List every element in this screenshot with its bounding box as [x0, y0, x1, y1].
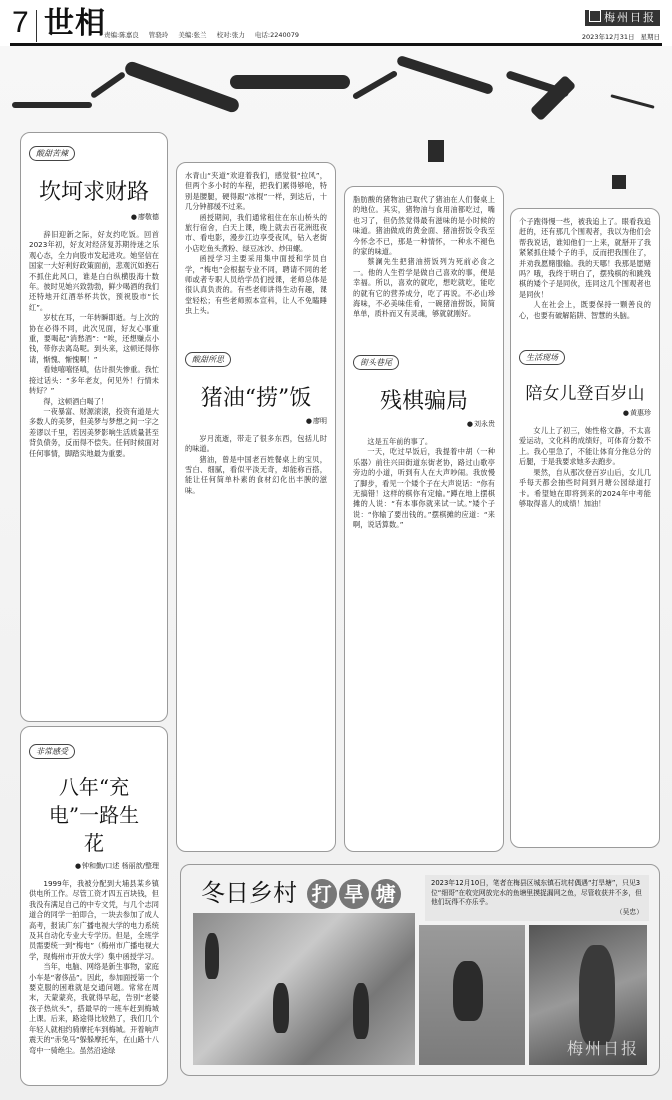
newspaper-logo: 梅州日报 — [585, 10, 660, 26]
window-square-icon — [612, 175, 626, 189]
child-figure-icon — [453, 961, 483, 1021]
article-body: 1999年，我被分配到大埔县某乡镇供电所工作。尽管工资才四五百块钱，但我没有满足… — [29, 879, 159, 1056]
article-continued: 个子跑得慢一些，被我追上了。眼看我追赶的，还有那几个围观者，我以为他们会帮我说话… — [519, 217, 651, 321]
credit-designer: 美编:张兰 — [178, 31, 206, 39]
article-byline: 钟和勤/口述 杨丽歆/整理 — [29, 861, 159, 871]
article-body: 女儿上了初三，她性格文静，不太喜爱运动，文化科的成绩好，可体育分数不上。我心里急… — [519, 426, 651, 509]
window-square-icon — [428, 140, 444, 162]
photo-feature-title: 冬日乡村 打旱塘 — [201, 873, 401, 909]
roof-stroke-icon — [12, 102, 92, 108]
article-body: 岁月流逝，带走了很多东西，包括儿时的味道。 猪油，曾是中国老百姓餐桌上的宝贝，雪… — [185, 434, 327, 496]
page-header: 7 世相 责编:陈嘉良 管骁玲 美编:张兰 校对:张力 电话:2240079 梅… — [0, 0, 672, 46]
article-continued: 水青山“夹道”欢迎着我们，感觉很“拉风”，但两个多小时的车程，把我们累得够呛，特… — [185, 171, 327, 317]
article-baisuishan: 生活现场 陪女儿登百岁山 黄惠珍 女儿上了初三，她性格文静，不太喜爱运动，文化科… — [519, 345, 651, 509]
issue-date: 2023年12月31日星期日 — [576, 32, 660, 41]
header-divider — [36, 10, 37, 42]
column-tag: 酸甜所思 — [185, 352, 231, 367]
title-circle: 打 — [307, 879, 337, 909]
column-tag: 酸甜苦辣 — [29, 146, 75, 161]
article-byline: 廖明 — [185, 416, 327, 426]
photo-child-mud — [419, 925, 525, 1065]
child-figure-icon — [353, 983, 369, 1039]
column-1-lower: 非常感受 八年“充电”一路生花 钟和勤/口述 杨丽歆/整理 1999年，我被分配… — [20, 726, 168, 1086]
article-title: 八年“充电”一路生花 — [39, 773, 149, 857]
photo-feature: 冬日乡村 打旱塘 2023年12月10日，笔者在梅县区城东镇石坑村偶遇“打旱塘”… — [180, 864, 660, 1076]
photo-pond-wide — [193, 913, 415, 1065]
child-figure-icon — [273, 983, 289, 1033]
column-tag: 生活现场 — [519, 350, 565, 365]
article-body: 这是五年前的事了。 一天，吃过早饭后，我提着中胡（一种乐器）前往兴田街道东街老协… — [353, 437, 495, 531]
column-1: 酸甜苦辣 坎坷求财路 廖敬德 辞旧迎新之际，好友约吃饭。回首2023年初，好友对… — [20, 132, 168, 722]
article-title: 猪油“捞”饭 — [185, 381, 327, 412]
article-byline: 刘永贵 — [353, 419, 495, 429]
article-byline: 廖敬德 — [29, 212, 159, 222]
column-tag: 街头巷尾 — [353, 355, 399, 370]
title-circle: 塘 — [371, 879, 401, 909]
article-byline: 黄惠珍 — [519, 408, 651, 418]
credit-phone: 电话:2240079 — [255, 31, 299, 39]
child-figure-icon — [579, 945, 615, 1045]
article-canqi: 街头巷尾 残棋骗局 刘永贵 这是五年前的事了。 一天，吃过早饭后，我提着中胡（一… — [353, 350, 495, 531]
column-tag: 非常感受 — [29, 744, 75, 759]
child-figure-icon — [205, 933, 219, 979]
article-title: 陪女儿登百岁山 — [519, 379, 651, 404]
photo-child-fish: 梅州日报 — [529, 925, 647, 1065]
article-body: 辞旧迎新之际，好友约吃饭。回首2023年初，好友对经济复苏期待迷之乐观心态，全力… — [29, 230, 159, 459]
credit-proofreader: 校对:张力 — [217, 31, 245, 39]
column-3: 脂肪酸的猪物油已取代了猪油在人们餐桌上的地位。其实，猪物油与食用油都吃过，嘴也习… — [344, 186, 504, 852]
article-kanke: 酸甜苦辣 坎坷求财路 廖敬德 辞旧迎新之际，好友约吃饭。回首2023年初，好友对… — [29, 141, 159, 459]
article-title: 坎坷求财路 — [29, 175, 159, 206]
article-title: 残棋骗局 — [353, 384, 495, 415]
newspaper-watermark: 梅州日报 — [567, 1036, 639, 1059]
photo-caption: 2023年12月10日，笔者在梅县区城东镇石坑村偶遇“打旱塘”，只见3位“细哥”… — [425, 875, 649, 921]
section-title: 世相 — [44, 8, 106, 40]
credit-editor: 责编:陈嘉良 — [104, 31, 139, 39]
page-number: 7 — [12, 8, 29, 38]
article-continued: 脂肪酸的猪物油已取代了猪油在人们餐桌上的地位。其实，猪物油与食用油都吃过，嘴也习… — [353, 195, 495, 320]
editor-credits: 责编:陈嘉良 管骁玲 美编:张兰 校对:张力 电话:2240079 — [104, 30, 307, 39]
column-2: 水青山“夹道”欢迎着我们，感觉很“拉风”，但两个多小时的车程，把我们累得够呛，特… — [176, 162, 336, 852]
credit-editor-2: 管骁玲 — [149, 31, 169, 39]
logo-icon — [589, 10, 601, 22]
column-4: 个子跑得慢一些，被我追上了。眼看我追赶的，还有那几个围观者，我以为他们会帮我说话… — [510, 208, 660, 848]
roof-stroke-icon — [230, 75, 350, 89]
title-circle: 旱 — [339, 879, 369, 909]
article-zhuyou: 酸甜所思 猪油“捞”饭 廖明 岁月流逝，带走了很多东西，包括儿时的味道。 猪油，… — [185, 347, 327, 496]
